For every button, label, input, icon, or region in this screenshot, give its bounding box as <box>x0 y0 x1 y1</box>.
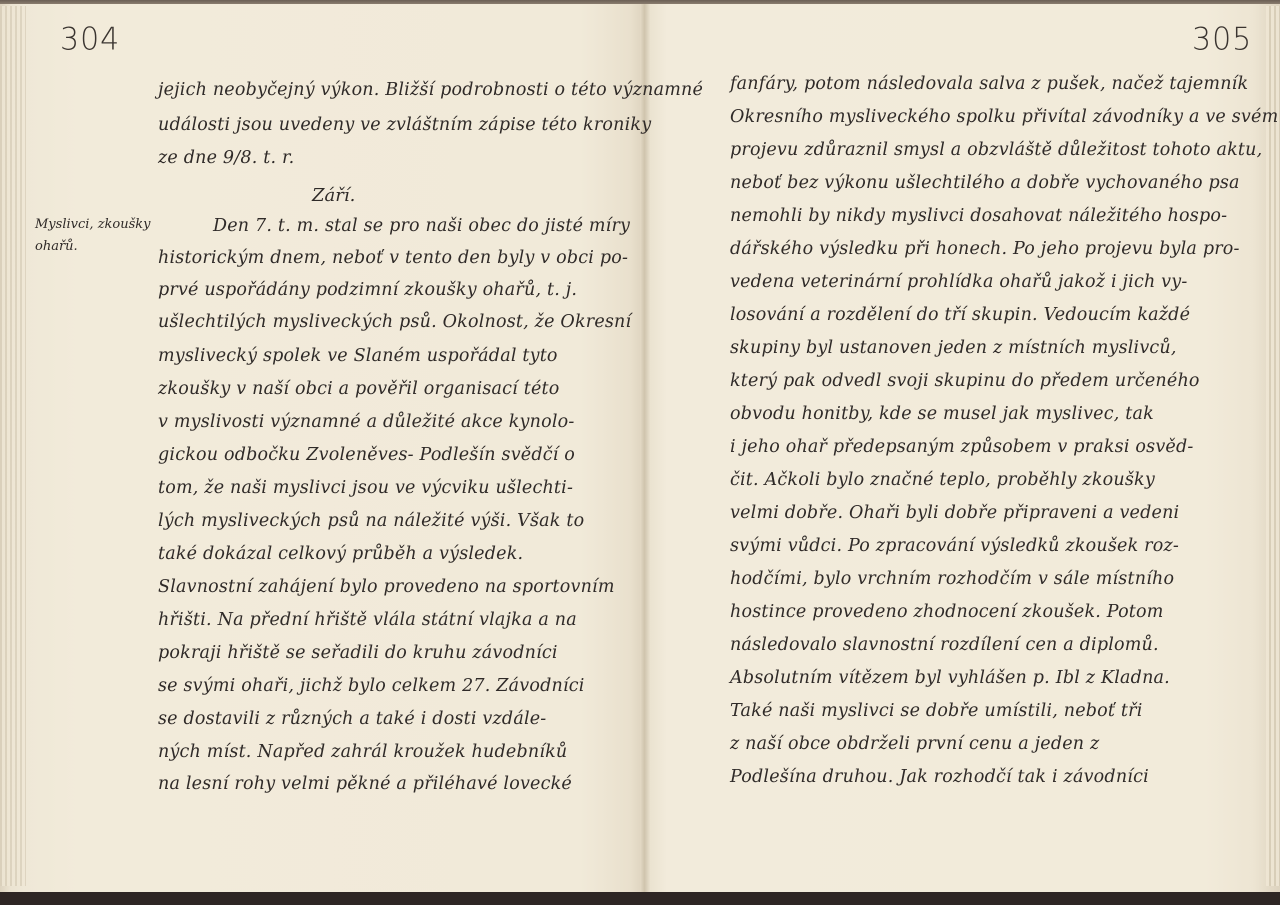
text-line: ze dne 9/8. t. r. <box>158 148 294 168</box>
book-bottom-shadow <box>0 892 1280 905</box>
text-line: se svými ohaři, jichž bylo celkem 27. Zá… <box>158 676 585 696</box>
text-line: Také naši myslivci se dobře umístili, ne… <box>730 701 1143 721</box>
text-line: hřišti. Na přední hřiště vlála státní vl… <box>158 610 577 630</box>
text-line: jejich neobyčejný výkon. Bližší podrobno… <box>158 80 703 100</box>
open-book: 304 305 jejich neobyčejný výkon. Bližší … <box>0 0 1280 905</box>
text-line: nemohli by nikdy myslivci dosahovat nále… <box>730 206 1227 226</box>
text-line: Den 7. t. m. stal se pro naši obec do ji… <box>213 216 630 236</box>
text-line: z naší obce obdrželi první cenu a jeden … <box>730 734 1099 754</box>
page-number-right: 305 <box>1192 21 1252 58</box>
text-line: gickou odbočku Zvoleněves- Podlešín svěd… <box>158 445 575 465</box>
section-heading-zari: Září. <box>312 185 355 206</box>
margin-note-line: Myslivci, zkoušky <box>35 214 155 236</box>
text-line: zkoušky v naší obci a pověřil organisací… <box>158 379 560 399</box>
text-line: losování a rozdělení do tří skupin. Vedo… <box>730 305 1190 325</box>
right-page-stack-edge <box>1266 6 1280 886</box>
text-line: hostince provedeno zhodnocení zkoušek. P… <box>730 602 1164 622</box>
page-number-left: 304 <box>60 21 120 58</box>
text-line: fanfáry, potom následovala salva z pušek… <box>730 74 1248 94</box>
text-line: ušlechtilých mysliveckých psů. Okolnost,… <box>158 312 631 332</box>
text-line: se dostavili z různých a také i dosti vz… <box>158 709 546 729</box>
text-line: také dokázal celkový průběh a výsledek. <box>158 544 523 564</box>
text-line: historickým dnem, neboť v tento den byly… <box>158 248 628 268</box>
text-line: i jeho ohař předepsaným způsobem v praks… <box>730 437 1194 457</box>
text-line: následovalo slavnostní rozdílení cen a d… <box>730 635 1159 655</box>
text-line: Podlešína druhou. Jak rozhodčí tak i záv… <box>730 767 1149 787</box>
text-line: Okresního mysliveckého spolku přivítal z… <box>730 107 1278 127</box>
text-line: lých mysliveckých psů na náležité výši. … <box>158 511 584 531</box>
text-line: svými vůdci. Po zpracování výsledků zkou… <box>730 536 1179 556</box>
margin-note-line: ohařů. <box>35 236 155 258</box>
text-line: skupiny byl ustanoven jeden z místních m… <box>730 338 1177 358</box>
text-line: v myslivosti významné a důležité akce ky… <box>158 412 574 432</box>
text-line: myslivecký spolek ve Slaném uspořádal ty… <box>158 346 558 366</box>
text-line: hodčími, bylo vrchním rozhodčím v sále m… <box>730 569 1174 589</box>
text-line: ných míst. Napřed zahrál kroužek hudební… <box>158 742 567 762</box>
text-line: na lesní rohy velmi pěkné a přiléhavé lo… <box>158 774 572 794</box>
text-line: prvé uspořádány podzimní zkoušky ohařů, … <box>158 280 577 300</box>
margin-note: Myslivci, zkoušky ohařů. <box>35 214 155 258</box>
book-gutter <box>640 4 650 892</box>
text-line: tom, že naši myslivci jsou ve výcviku uš… <box>158 478 573 498</box>
text-line: velmi dobře. Ohaři byli dobře připraveni… <box>730 503 1179 523</box>
text-line: obvodu honitby, kde se musel jak myslive… <box>730 404 1154 424</box>
text-line: čit. Ačkoli bylo značné teplo, proběhly … <box>730 470 1155 490</box>
text-line: který pak odvedl svoji skupinu do předem… <box>730 371 1200 391</box>
text-line: události jsou uvedeny ve zvláštním zápis… <box>158 115 651 135</box>
text-line: neboť bez výkonu ušlechtilého a dobře vy… <box>730 173 1240 193</box>
text-line: Absolutním vítězem byl vyhlášen p. Ibl z… <box>730 668 1170 688</box>
text-line: Slavnostní zahájení bylo provedeno na sp… <box>158 577 615 597</box>
text-line: pokraji hřiště se seřadili do kruhu závo… <box>158 643 558 663</box>
text-line: vedena veterinární prohlídka ohařů jakož… <box>730 272 1187 292</box>
text-line: dářského výsledku při honech. Po jeho pr… <box>730 239 1240 259</box>
text-line: projevu zdůraznil smysl a obzvláště důle… <box>730 140 1262 160</box>
left-page-stack-edge <box>0 6 26 886</box>
